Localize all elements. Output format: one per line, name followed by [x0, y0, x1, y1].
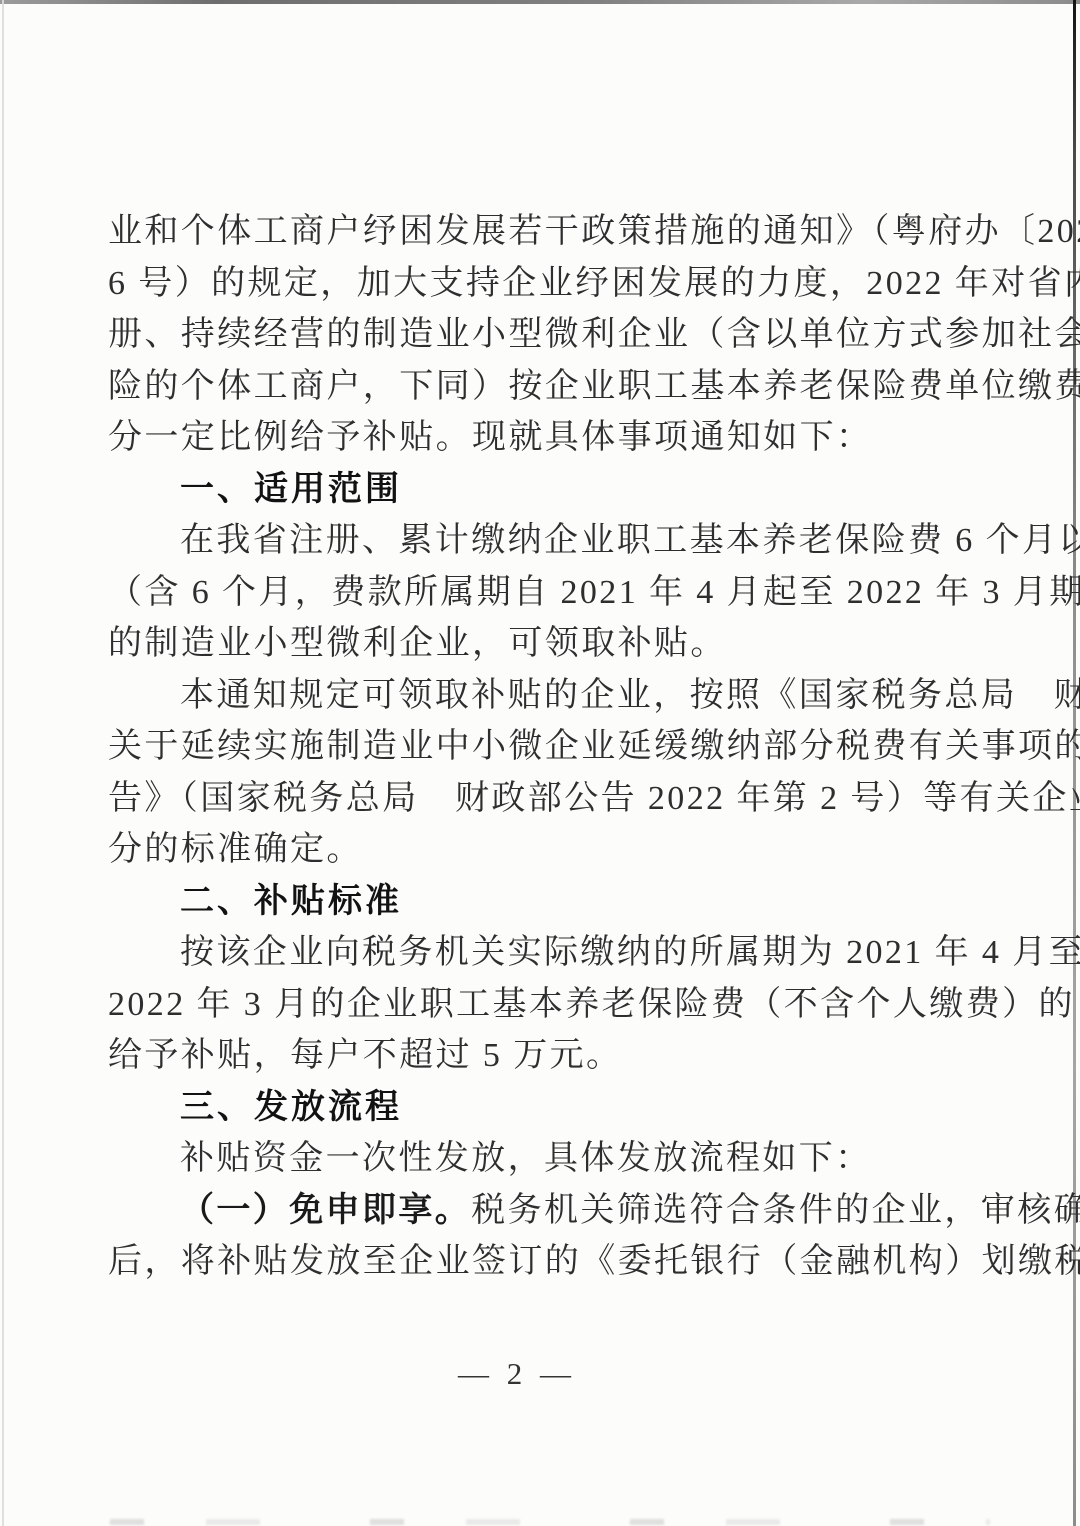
text-line: 告》（国家税务总局 财政部公告 2022 年第 2 号）等有关企业划 — [108, 773, 918, 825]
text-line-content: 6 号）的规定，加大支持企业纾困发展的力度，2022 年对省内注 — [108, 265, 1080, 302]
text-line: 业和个体工商户纾困发展若干政策措施的通知》（粤府办〔2022〕 — [108, 206, 918, 258]
text-line-content: 2022 年 3 月的企业职工基本养老保险费（不含个人缴费）的 5% — [108, 986, 1080, 1023]
text-line: 分一定比例给予补贴。现就具体事项通知如下： — [108, 412, 918, 464]
text-line: 2022 年 3 月的企业职工基本养老保险费（不含个人缴费）的 5% — [108, 979, 918, 1031]
section-heading-2: 二、补贴标准 — [108, 876, 918, 928]
scan-edge-top — [0, 0, 1080, 4]
text-line: 险的个体工商户，下同）按企业职工基本养老保险费单位缴费部 — [108, 361, 918, 413]
page-number: — 2 — — [0, 1356, 1034, 1392]
document-body: 业和个体工商户纾困发展若干政策措施的通知》（粤府办〔2022〕 6 号）的规定，… — [108, 206, 918, 1288]
text-line: 分的标准确定。 — [108, 824, 918, 876]
section-heading-text: 三、发放流程 — [180, 1088, 402, 1126]
text-line-content: 给予补贴，每户不超过 5 万元。 — [108, 1037, 622, 1074]
text-line-content: 业和个体工商户纾困发展若干政策措施的通知》（粤府办〔2022〕 — [108, 213, 1080, 250]
scan-noise-bottom — [110, 1519, 990, 1525]
text-line-content: 的制造业小型微利企业，可领取补贴。 — [108, 625, 727, 662]
section-heading-3: 三、发放流程 — [108, 1082, 918, 1134]
text-line: （含 6 个月，费款所属期自 2021 年 4 月起至 2022 年 3 月期间… — [108, 567, 918, 619]
text-line-content: 关于延续实施制造业中小微企业延缓缴纳部分税费有关事项的公 — [108, 728, 1080, 765]
text-line: 6 号）的规定，加大支持企业纾困发展的力度，2022 年对省内注 — [108, 258, 918, 310]
text-line: 关于延续实施制造业中小微企业延缓缴纳部分税费有关事项的公 — [108, 721, 918, 773]
text-line-content: 险的个体工商户，下同）按企业职工基本养老保险费单位缴费部 — [108, 368, 1080, 405]
text-line-content: 告》（国家税务总局 财政部公告 2022 年第 2 号）等有关企业划 — [108, 780, 1080, 817]
section-heading-1: 一、适用范围 — [108, 464, 918, 516]
text-line-content: 后，将补贴发放至企业签订的《委托银行（金融机构）划缴税费 — [108, 1243, 1080, 1280]
text-line-content: 册、持续经营的制造业小型微利企业（含以单位方式参加社会保 — [108, 316, 1080, 353]
text-line: 按该企业向税务机关实际缴纳的所属期为 2021 年 4 月至 — [108, 927, 918, 979]
text-line: 的制造业小型微利企业，可领取补贴。 — [108, 618, 918, 670]
text-line-content: 分的标准确定。 — [108, 831, 363, 868]
text-line-content: 按该企业向税务机关实际缴纳的所属期为 2021 年 4 月至 — [180, 934, 1080, 971]
text-line-content: （含 6 个月，费款所属期自 2021 年 4 月起至 2022 年 3 月期间… — [108, 574, 1080, 611]
scan-edge-left — [2, 0, 4, 1526]
text-line: 在我省注册、累计缴纳企业职工基本养老保险费 6 个月以上 — [108, 515, 918, 567]
section-heading-text: 一、适用范围 — [180, 470, 402, 508]
text-line: 册、持续经营的制造业小型微利企业（含以单位方式参加社会保 — [108, 309, 918, 361]
text-line-content: 税务机关筛选符合条件的企业，审核确认 — [471, 1192, 1080, 1229]
text-line: 后，将补贴发放至企业签订的《委托银行（金融机构）划缴税费 — [108, 1236, 918, 1288]
text-line-content: 补贴资金一次性发放，具体发放流程如下： — [180, 1140, 872, 1177]
text-line-content: 本通知规定可领取补贴的企业，按照《国家税务总局 财政部 — [180, 677, 1080, 714]
text-line: 本通知规定可领取补贴的企业，按照《国家税务总局 财政部 — [108, 670, 918, 722]
section-heading-text: 二、补贴标准 — [180, 882, 402, 920]
paragraph-lead: （一）免申即享。 — [180, 1192, 471, 1229]
text-line-content: 分一定比例给予补贴。现就具体事项通知如下： — [108, 419, 872, 456]
text-line-content: 在我省注册、累计缴纳企业职工基本养老保险费 6 个月以上 — [180, 522, 1080, 559]
text-line: 补贴资金一次性发放，具体发放流程如下： — [108, 1133, 918, 1185]
text-line: （一）免申即享。税务机关筛选符合条件的企业，审核确认 — [108, 1185, 918, 1237]
text-line: 给予补贴，每户不超过 5 万元。 — [108, 1030, 918, 1082]
